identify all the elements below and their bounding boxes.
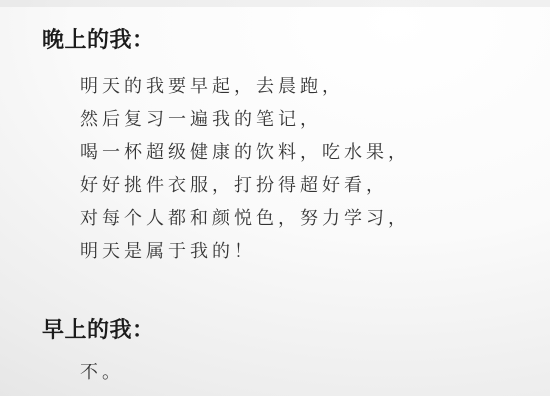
top-edge-shade — [0, 0, 550, 7]
body-line: 喝一杯超级健康的饮料，吃水果， — [80, 136, 410, 169]
night-section-body: 明天的我要早起，去晨跑， 然后复习一遍我的笔记， 喝一杯超级健康的饮料，吃水果，… — [80, 70, 410, 268]
night-section-heading: 晚上的我： — [42, 23, 155, 54]
body-line: 明天的我要早起，去晨跑， — [80, 70, 410, 103]
body-line: 明天是属于我的！ — [80, 235, 410, 268]
body-line: 然后复习一遍我的笔记， — [80, 103, 410, 136]
morning-section-body: 不。 — [80, 356, 124, 389]
body-line: 对每个人都和颜悦色，努力学习， — [80, 202, 410, 235]
body-line: 好好挑件衣服，打扮得超好看， — [80, 169, 410, 202]
slide: 晚上的我： 明天的我要早起，去晨跑， 然后复习一遍我的笔记， 喝一杯超级健康的饮… — [0, 0, 550, 396]
body-line: 不。 — [80, 356, 124, 389]
morning-section-heading: 早上的我： — [42, 313, 155, 344]
